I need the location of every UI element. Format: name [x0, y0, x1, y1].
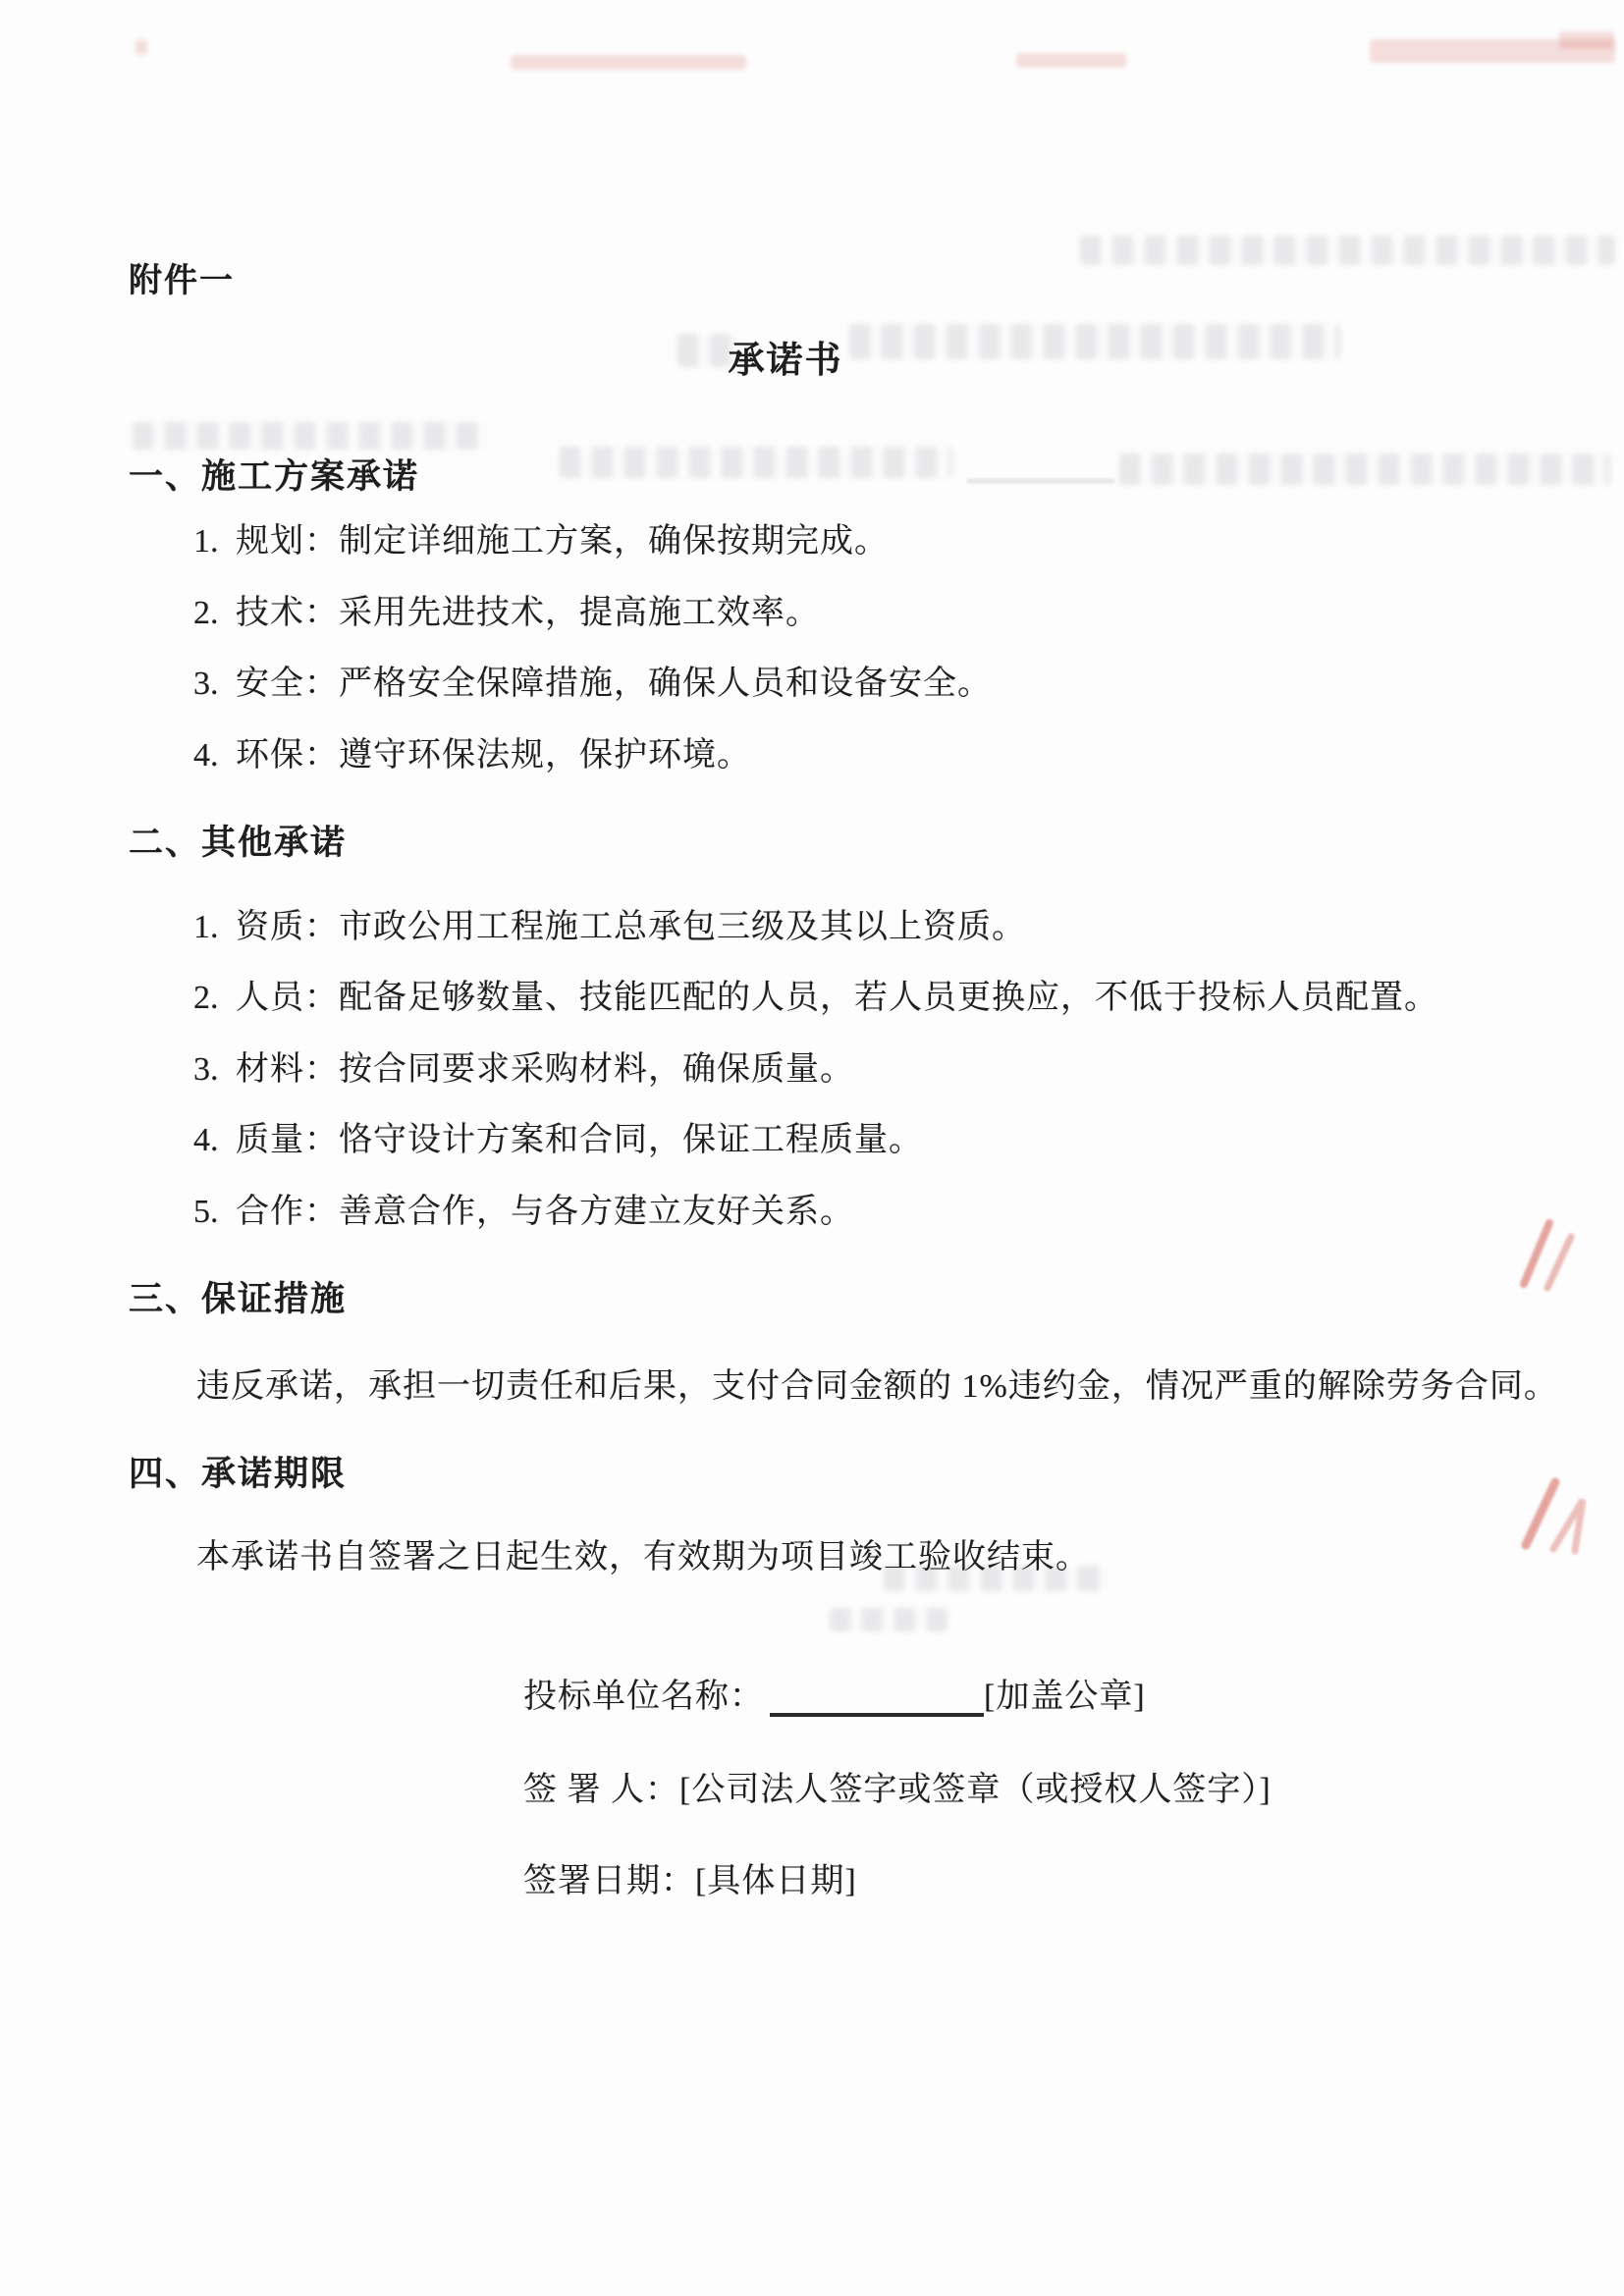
list-item: 5.合作：善意合作，与各方建立友好关系。: [193, 1184, 854, 1232]
list-item: 2.人员：配备足够数量、技能匹配的人员，若人员更换应，不低于投标人员配置。: [193, 970, 1438, 1018]
item-text: 环保：遵守环保法规，保护环境。: [236, 737, 751, 774]
item-text: 技术：采用先进技术，提高施工效率。: [236, 595, 820, 631]
section-heading-2: 二、其他承诺: [129, 816, 347, 865]
section-paragraph: 本承诺书自签署之日起生效，有效期为项目竣工验收结束。: [196, 1529, 1090, 1577]
bleedthrough-smudge: [1080, 236, 1615, 265]
red-pen-mark: [1512, 1209, 1591, 1303]
company-stamp-note: [加盖公章]: [984, 1679, 1146, 1715]
list-item: 4.质量：恪守设计方案和合同，保证工程质量。: [193, 1112, 923, 1160]
date-value: [具体日期]: [695, 1863, 857, 1899]
item-number: 4.: [193, 737, 236, 774]
signer-value: [公司法人签字或签章（或授权人签字）]: [679, 1772, 1272, 1808]
red-scan-mark: [1559, 31, 1614, 49]
red-scan-mark: [511, 55, 746, 70]
item-number: 3.: [193, 666, 236, 703]
signature-date-line: 签署日期：[具体日期]: [523, 1853, 857, 1901]
red-scan-mark: [135, 39, 147, 55]
section-heading-4: 四、承诺期限: [129, 1447, 347, 1496]
list-item: 2.技术：采用先进技术，提高施工效率。: [193, 585, 820, 633]
bleedthrough-smudge: [133, 422, 486, 450]
section-heading-1: 一、施工方案承诺: [129, 450, 419, 499]
bleedthrough-dash: [967, 479, 1114, 483]
list-item: 3.安全：严格安全保障措施，确保人员和设备安全。: [193, 656, 992, 704]
list-item: 1.资质：市政公用工程施工总承包三级及其以上资质。: [193, 899, 1026, 947]
item-number: 1.: [193, 909, 236, 946]
bleedthrough-smudge: [830, 1608, 947, 1631]
item-text: 规划：制定详细施工方案，确保按期完成。: [236, 523, 889, 560]
attachment-label: 附件一: [129, 253, 235, 301]
signature-signer-line: 签 署 人：[公司法人签字或签章（或授权人签字）]: [523, 1762, 1272, 1810]
section-paragraph: 违反承诺，承担一切责任和后果，支付合同金额的 1%违约金，情况严重的解除劳务合同…: [196, 1359, 1558, 1407]
section-heading-3: 三、保证措施: [129, 1272, 347, 1321]
item-number: 5.: [193, 1194, 236, 1231]
item-number: 2.: [193, 595, 236, 632]
item-text: 人员：配备足够数量、技能匹配的人员，若人员更换应，不低于投标人员配置。: [236, 980, 1438, 1016]
company-name-label: 投标单位名称：: [523, 1679, 764, 1715]
page-title: 承诺书: [0, 330, 1571, 383]
red-scan-mark: [1016, 53, 1126, 68]
item-text: 安全：严格安全保障措施，确保人员和设备安全。: [236, 666, 992, 702]
bleedthrough-smudge: [1119, 454, 1610, 485]
item-text: 质量：恪守设计方案和合同，保证工程质量。: [236, 1122, 923, 1158]
scanned-document-page: 附件一 承诺书 一、施工方案承诺 1.规划：制定详细施工方案，确保按期完成。 2…: [0, 0, 1624, 2296]
list-item: 3.材料：按合同要求采购材料，确保质量。: [193, 1041, 854, 1090]
item-text: 合作：善意合作，与各方建立友好关系。: [236, 1194, 854, 1230]
signer-label: 签 署 人：: [523, 1772, 679, 1808]
item-number: 4.: [193, 1122, 236, 1159]
item-number: 2.: [193, 980, 236, 1017]
red-pen-mark: [1516, 1467, 1604, 1565]
signature-company-line: 投标单位名称：[加盖公章]: [523, 1669, 1146, 1717]
item-number: 1.: [193, 523, 236, 561]
date-label: 签署日期：: [523, 1863, 695, 1899]
item-text: 材料：按合同要求采购材料，确保质量。: [236, 1051, 854, 1088]
bleedthrough-smudge: [560, 447, 952, 478]
company-name-blank: [770, 1680, 984, 1717]
list-item: 1.规划：制定详细施工方案，确保按期完成。: [193, 513, 889, 561]
item-number: 3.: [193, 1051, 236, 1089]
item-text: 资质：市政公用工程施工总承包三级及其以上资质。: [236, 909, 1026, 945]
list-item: 4.环保：遵守环保法规，保护环境。: [193, 727, 751, 775]
